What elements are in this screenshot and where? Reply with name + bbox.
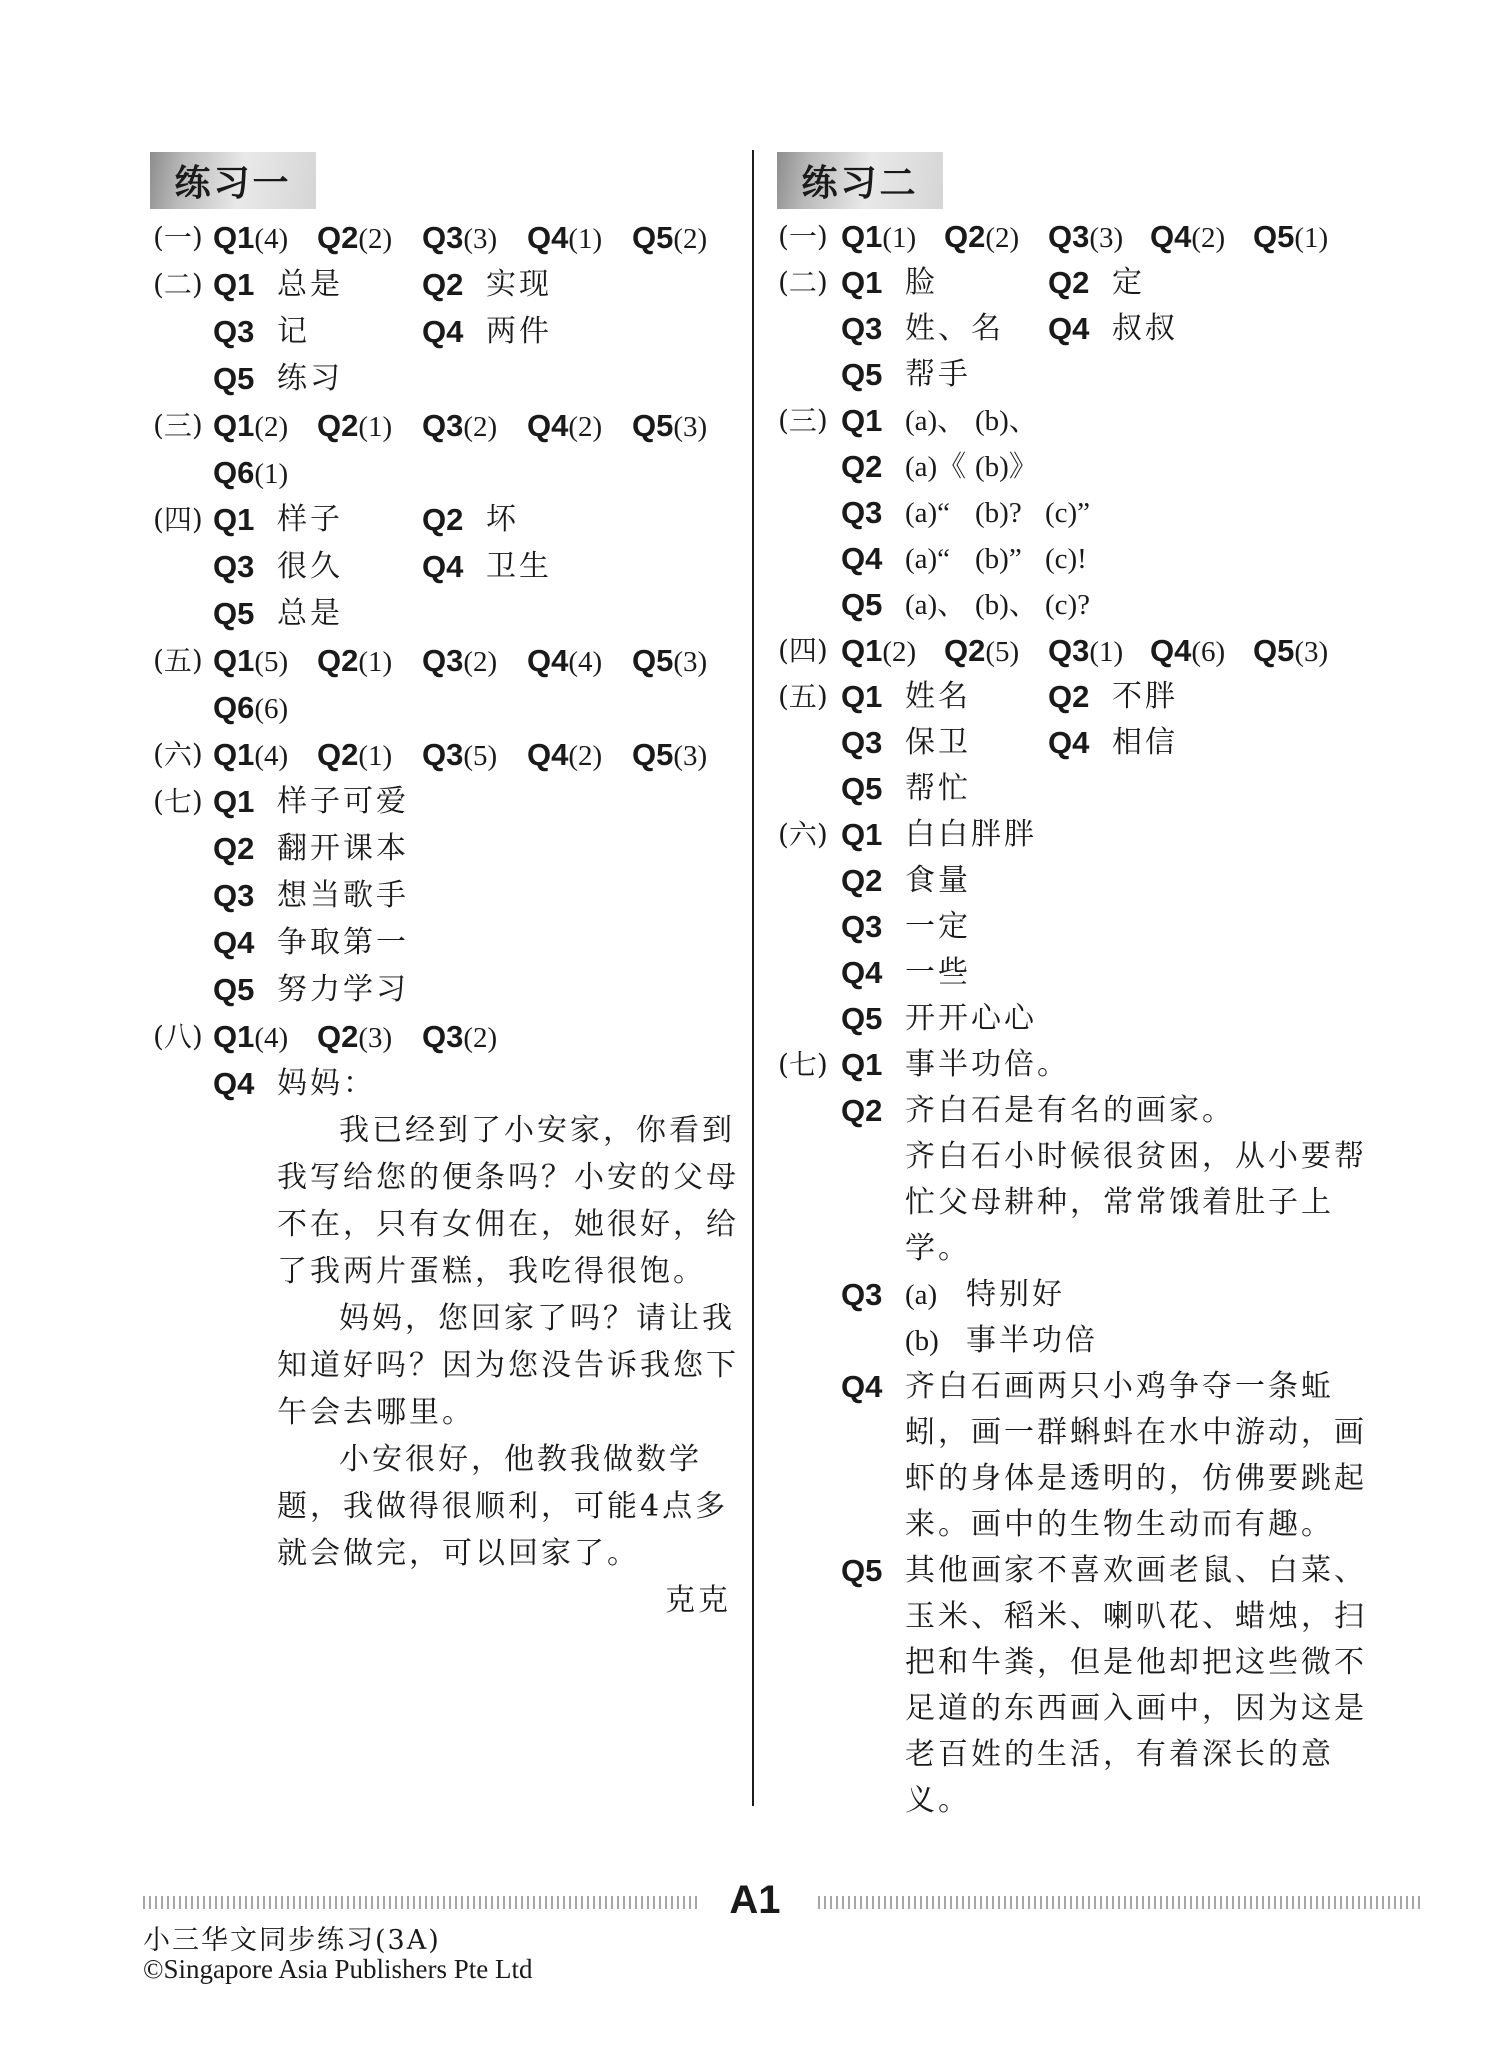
answer-text: 样子 (277, 496, 343, 543)
answer-choice: (3) (358, 1022, 392, 1054)
answer-text: 白白胖胖 (905, 812, 1037, 858)
question-label: Q3 (841, 720, 882, 766)
answers-column-1: (一)Q1(4)Q2(2)Q3(3)Q4(1)Q5(2)(二)Q1总是Q2实现Q… (153, 214, 753, 1624)
answer-part-label: (a) (905, 1272, 937, 1318)
answer-choice: (1) (358, 740, 392, 772)
answer-text: 忙父母耕种，常常饿着肚子上 (905, 1180, 1334, 1226)
exercise-1-header: 练习一 (150, 152, 316, 209)
question-answer-choice: Q5(3) (632, 731, 707, 784)
answer-part-label: (b) (905, 1318, 939, 1364)
answer-choice: (2) (568, 411, 602, 443)
answer-text: 其他画家不喜欢画老鼠、白菜、 (905, 1548, 1367, 1594)
question-label: Q4 (213, 1060, 254, 1107)
question-label: Q5 (1253, 633, 1294, 668)
answer-choice: (1) (1089, 636, 1123, 668)
footer-rule-left (143, 1896, 701, 1909)
question-label: Q4 (841, 1364, 882, 1410)
question-answer-choice: Q2(1) (317, 637, 392, 690)
answer-text: 姓名 (905, 674, 971, 720)
answer-text: 一定 (905, 904, 971, 950)
question-label: Q3 (422, 1019, 463, 1054)
answer-text: 齐白石是有名的画家。 (905, 1088, 1235, 1134)
question-answer-choice: Q3(1) (1048, 628, 1123, 680)
question-label: Q1 (841, 633, 882, 668)
answer-text: 两件 (486, 308, 552, 355)
question-label: Q5 (632, 408, 673, 443)
question-answer-choice: Q3(2) (422, 637, 497, 690)
section-label: (二) (153, 261, 203, 308)
question-label: Q2 (422, 261, 463, 308)
question-label: Q3 (841, 1272, 882, 1318)
section-label: (五) (153, 637, 203, 684)
answer-choice: (5) (985, 636, 1019, 668)
question-label: Q4 (1048, 720, 1089, 766)
question-label: Q5 (841, 996, 882, 1042)
answer-text: 练习 (277, 355, 343, 402)
question-label: Q5 (841, 766, 882, 812)
question-label: Q3 (422, 643, 463, 678)
answer-text: 我已经到了小安家，你看到 (339, 1107, 735, 1154)
question-answer-choice: Q2(2) (944, 214, 1019, 266)
answer-text: 保卫 (905, 720, 971, 766)
question-label: Q4 (213, 919, 254, 966)
question-answer-choice: Q3(5) (422, 731, 497, 784)
answer-choice: (1) (568, 223, 602, 255)
answer-text: 翻开课本 (277, 825, 409, 872)
answer-text: 食量 (905, 858, 971, 904)
answer-choice: (2) (463, 411, 497, 443)
answer-text: 脸 (905, 260, 938, 306)
question-answer-choice: Q3(3) (1048, 214, 1123, 266)
answer-choice: (3) (673, 411, 707, 443)
question-label: Q1 (213, 496, 254, 543)
question-label: Q1 (213, 220, 254, 255)
answer-choice: (2) (673, 223, 707, 255)
question-label: Q5 (841, 352, 882, 398)
answer-text: 老百姓的生活，有着深长的意 (905, 1732, 1334, 1778)
question-label: Q2 (944, 633, 985, 668)
question-label: Q2 (317, 737, 358, 772)
answer-text: 叔叔 (1112, 306, 1178, 352)
section-label: (六) (778, 812, 828, 858)
answer-key-page: 练习一 练习二 (一)Q1(4)Q2(2)Q3(3)Q4(1)Q5(2)(二)Q… (0, 0, 1501, 2053)
question-label: Q5 (213, 966, 254, 1013)
answer-text: 题，我做得很顺利，可能4点多 (277, 1483, 728, 1530)
answer-part-label: (b)、 (975, 398, 1038, 444)
question-label: Q6 (213, 455, 254, 490)
answer-choice: (2) (358, 223, 392, 255)
question-answer-choice: Q6(1) (213, 449, 288, 502)
answer-text: 不胖 (1112, 674, 1178, 720)
answer-text: 帮忙 (905, 766, 971, 812)
question-label: Q4 (527, 737, 568, 772)
question-answer-choice: Q1(5) (213, 637, 288, 690)
answer-choice: (4) (254, 1022, 288, 1054)
answer-choice: (6) (1191, 636, 1225, 668)
answer-choice: (4) (568, 646, 602, 678)
question-label: Q1 (213, 778, 254, 825)
answer-text: 齐白石小时候很贫困，从小要帮 (905, 1134, 1367, 1180)
answer-text: 定 (1112, 260, 1145, 306)
answer-text: 一些 (905, 950, 971, 996)
question-answer-choice: Q3(2) (422, 402, 497, 455)
answer-text: 克克 (665, 1577, 731, 1624)
question-answer-choice: Q1(2) (213, 402, 288, 455)
question-label: Q2 (841, 1088, 882, 1134)
answer-text: 妈妈，您回家了吗？请让我 (339, 1295, 735, 1342)
question-label: Q5 (632, 643, 673, 678)
question-answer-choice: Q1(2) (841, 628, 916, 680)
answer-text: 把和牛粪，但是他却把这些微不 (905, 1640, 1367, 1686)
question-label: Q2 (422, 496, 463, 543)
answer-choice: (5) (463, 740, 497, 772)
answer-text: 实现 (486, 261, 552, 308)
answer-text: 卫生 (486, 543, 552, 590)
answer-choice: (1) (882, 222, 916, 254)
answer-text: 姓、名 (905, 306, 1004, 352)
question-answer-choice: Q6(6) (213, 684, 288, 737)
footer-rule-right (818, 1896, 1423, 1909)
answer-choice: (6) (254, 693, 288, 725)
answer-text: 齐白石画两只小鸡争夺一条蚯 (905, 1364, 1334, 1410)
answer-choice: (2) (1191, 222, 1225, 254)
answer-part-label: (a)“ (905, 536, 950, 582)
question-answer-choice: Q1(4) (213, 214, 288, 267)
question-label: Q4 (841, 536, 882, 582)
answer-text: 想当歌手 (277, 872, 409, 919)
answer-part-label: (a)、 (905, 582, 966, 628)
section-label: (四) (153, 496, 203, 543)
question-answer-choice: Q5(2) (632, 214, 707, 267)
question-answer-choice: Q4(6) (1150, 628, 1225, 680)
question-label: Q5 (841, 582, 882, 628)
answer-text: 蚓，画一群蝌蚪在水中游动，画 (905, 1410, 1367, 1456)
answer-text: 努力学习 (277, 966, 409, 1013)
question-label: Q1 (841, 219, 882, 254)
question-answer-choice: Q2(3) (317, 1013, 392, 1066)
answer-text: 不在，只有女佣在，她很好，给 (277, 1201, 739, 1248)
answer-text: 总是 (277, 590, 343, 637)
question-label: Q2 (317, 408, 358, 443)
answer-text: 开开心心 (905, 996, 1037, 1042)
question-answer-choice: Q4(2) (1150, 214, 1225, 266)
question-label: Q2 (1048, 674, 1089, 720)
question-answer-choice: Q5(3) (632, 402, 707, 455)
answer-text: 相信 (1112, 720, 1178, 766)
question-label: Q5 (632, 737, 673, 772)
question-label: Q2 (317, 1019, 358, 1054)
answer-choice: (2) (463, 646, 497, 678)
question-answer-choice: Q1(4) (213, 731, 288, 784)
exercise-2-header: 练习二 (777, 152, 943, 209)
answer-text: 事半功倍。 (905, 1042, 1070, 1088)
copyright-notice: ©Singapore Asia Publishers Pte Ltd (143, 1954, 533, 1985)
section-label: (二) (778, 260, 828, 306)
question-label: Q4 (422, 543, 463, 590)
question-label: Q2 (213, 825, 254, 872)
question-label: Q4 (527, 408, 568, 443)
question-answer-choice: Q2(1) (317, 402, 392, 455)
question-label: Q4 (1150, 219, 1191, 254)
question-label: Q3 (213, 308, 254, 355)
section-label: (四) (778, 628, 828, 674)
question-label: Q4 (1150, 633, 1191, 668)
answer-text: 午会去哪里。 (277, 1389, 475, 1436)
question-label: Q5 (632, 220, 673, 255)
answer-text: 来。画中的生物生动而有趣。 (905, 1502, 1334, 1548)
answer-part-label: (a)《 (905, 444, 966, 490)
book-title: 小三华文同步练习(3A) (143, 1918, 441, 1957)
section-label: (五) (778, 674, 828, 720)
section-label: (三) (153, 402, 203, 449)
answer-text: 帮手 (905, 352, 971, 398)
question-answer-choice: Q5(3) (632, 637, 707, 690)
question-label: Q3 (841, 490, 882, 536)
question-label: Q3 (841, 306, 882, 352)
answer-choice: (2) (882, 636, 916, 668)
answer-choice: (3) (1089, 222, 1123, 254)
question-label: Q3 (213, 543, 254, 590)
question-label: Q5 (841, 1548, 882, 1594)
question-label: Q1 (841, 1042, 882, 1088)
question-answer-choice: Q5(3) (1253, 628, 1328, 680)
question-label: Q1 (841, 812, 882, 858)
question-label: Q4 (527, 643, 568, 678)
answer-text: 总是 (277, 261, 343, 308)
question-label: Q3 (841, 904, 882, 950)
answer-choice: (3) (1294, 636, 1328, 668)
answer-part-label: (c)! (1045, 536, 1087, 582)
question-answer-choice: Q2(1) (317, 731, 392, 784)
answer-choice: (1) (254, 458, 288, 490)
answer-choice: (2) (463, 1022, 497, 1054)
question-label: Q3 (1048, 219, 1089, 254)
question-answer-choice: Q4(2) (527, 402, 602, 455)
answer-text: 记 (277, 308, 310, 355)
question-label: Q3 (1048, 633, 1089, 668)
answer-choice: (1) (358, 646, 392, 678)
answer-part-label: (b)? (975, 490, 1022, 536)
answer-part-label: (a)“ (905, 490, 950, 536)
question-label: Q5 (213, 355, 254, 402)
answer-text: 虾的身体是透明的，仿佛要跳起 (905, 1456, 1367, 1502)
answer-text: 就会做完，可以回家了。 (277, 1530, 640, 1577)
section-label: (七) (153, 778, 203, 825)
question-label: Q5 (213, 590, 254, 637)
answer-choice: (3) (463, 223, 497, 255)
answer-part-label: (b)、 (975, 582, 1038, 628)
question-answer-choice: Q4(2) (527, 731, 602, 784)
answer-part-label: (b)” (975, 536, 1022, 582)
answer-part-label: (c)? (1045, 582, 1090, 628)
answer-text: 妈妈： (277, 1060, 376, 1107)
question-label: Q2 (1048, 260, 1089, 306)
question-answer-choice: Q2(2) (317, 214, 392, 267)
section-label: (六) (153, 731, 203, 778)
question-label: Q1 (213, 1019, 254, 1054)
answer-part-label: (c)” (1045, 490, 1090, 536)
answer-choice: (1) (1294, 222, 1328, 254)
question-answer-choice: Q4(1) (527, 214, 602, 267)
question-answer-choice: Q1(4) (213, 1013, 288, 1066)
question-label: Q2 (841, 444, 882, 490)
answer-text: 很久 (277, 543, 343, 590)
question-label: Q3 (422, 408, 463, 443)
answer-choice: (3) (673, 646, 707, 678)
section-label: (一) (778, 214, 828, 260)
section-label: (七) (778, 1042, 828, 1088)
answer-text: 小安很好，他教我做数学 (339, 1436, 702, 1483)
question-label: Q2 (944, 219, 985, 254)
question-label: Q1 (213, 408, 254, 443)
answers-column-2: (一)Q1(1)Q2(2)Q3(3)Q4(2)Q5(1)(二)Q1脸Q2定Q3姓… (778, 214, 1378, 1824)
answer-text: 样子可爱 (277, 778, 409, 825)
question-label: Q4 (1048, 306, 1089, 352)
section-label: (三) (778, 398, 828, 444)
question-answer-choice: Q1(1) (841, 214, 916, 266)
question-label: Q5 (1253, 219, 1294, 254)
question-label: Q1 (213, 643, 254, 678)
answer-text: 足道的东西画入画中，因为这是 (905, 1686, 1367, 1732)
question-answer-choice: Q2(5) (944, 628, 1019, 680)
question-label: Q2 (841, 858, 882, 904)
question-label: Q1 (213, 737, 254, 772)
question-answer-choice: Q5(1) (1253, 214, 1328, 266)
answer-text: 我写给您的便条吗？小安的父母 (277, 1154, 739, 1201)
question-label: Q2 (317, 220, 358, 255)
question-label: Q4 (527, 220, 568, 255)
answer-choice: (3) (673, 740, 707, 772)
answer-part-label: (b)》 (975, 444, 1038, 490)
answer-choice: (2) (254, 411, 288, 443)
question-label: Q3 (213, 872, 254, 919)
answer-choice: (2) (568, 740, 602, 772)
question-label: Q1 (841, 398, 882, 444)
section-label: (一) (153, 214, 203, 261)
answer-choice: (2) (985, 222, 1019, 254)
question-label: Q1 (841, 260, 882, 306)
answer-text: 义。 (905, 1778, 971, 1824)
answer-choice: (4) (254, 740, 288, 772)
section-label: (八) (153, 1013, 203, 1060)
question-label: Q3 (422, 220, 463, 255)
question-label: Q3 (422, 737, 463, 772)
answer-text: 玉米、稻米、喇叭花、蜡烛，扫 (905, 1594, 1367, 1640)
question-label: Q1 (841, 674, 882, 720)
question-answer-choice: Q3(3) (422, 214, 497, 267)
question-label: Q6 (213, 690, 254, 725)
question-answer-choice: Q4(4) (527, 637, 602, 690)
answer-text: 事半功倍 (966, 1318, 1098, 1364)
page-number: A1 (703, 1878, 807, 1922)
answer-text: 知道好吗？因为您没告诉我您下 (277, 1342, 739, 1389)
question-label: Q1 (213, 261, 254, 308)
answer-text: 特别好 (966, 1272, 1065, 1318)
answer-part-label: (a)、 (905, 398, 966, 444)
answer-text: 学。 (905, 1226, 971, 1272)
question-label: Q2 (317, 643, 358, 678)
answer-text: 坏 (486, 496, 519, 543)
answer-text: 争取第一 (277, 919, 409, 966)
answer-choice: (4) (254, 223, 288, 255)
answer-text: 了我两片蛋糕，我吃得很饱。 (277, 1248, 706, 1295)
question-label: Q4 (841, 950, 882, 996)
answer-choice: (5) (254, 646, 288, 678)
answer-choice: (1) (358, 411, 392, 443)
question-label: Q4 (422, 308, 463, 355)
question-answer-choice: Q3(2) (422, 1013, 497, 1066)
